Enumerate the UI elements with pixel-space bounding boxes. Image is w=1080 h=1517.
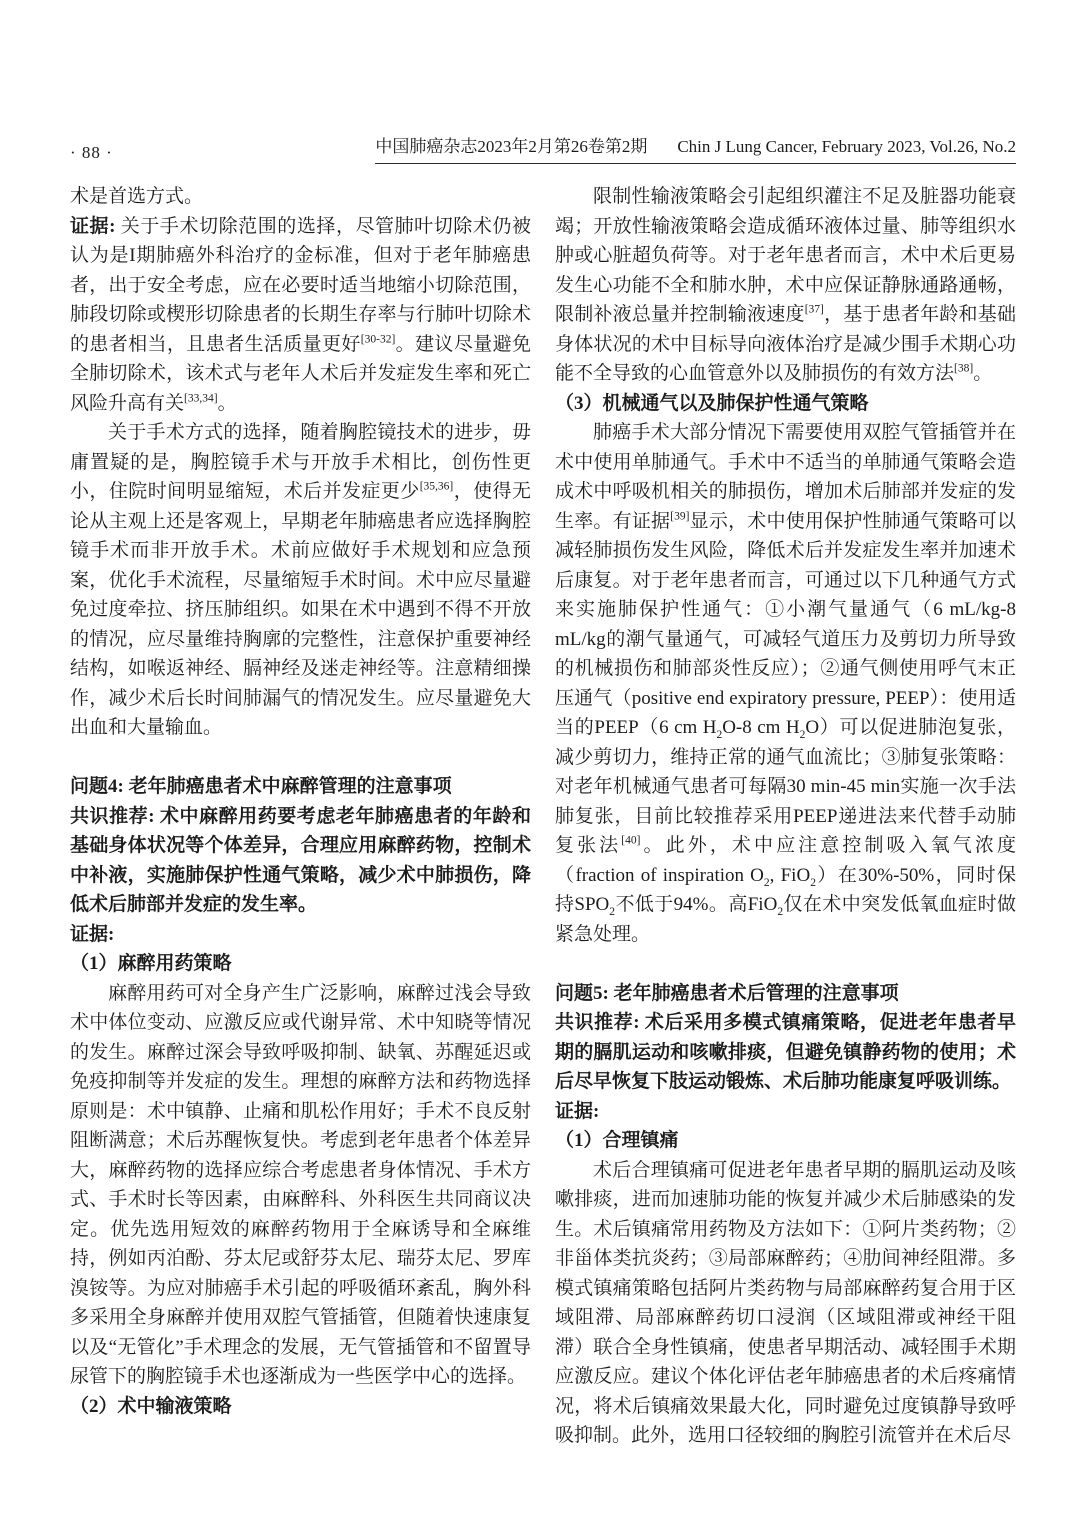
- question5-consensus-recommendation: 共识推荐: 术后采用多模式镇痛策略，促进老年患者早期的膈肌运动和咳嗽排痰，但避免…: [555, 1008, 1016, 1097]
- question4-consensus-recommendation: 共识推荐: 术中麻醉用药要考虑老年肺癌患者的年龄和基础身体状况等个体差异，合理应…: [70, 802, 531, 920]
- two-column-body: 术是首选方式。证据: 关于手术切除范围的选择，尽管肺叶切除术仍被认为是I期肺癌外…: [70, 182, 1016, 1451]
- citation-reference: [39]: [670, 510, 689, 522]
- left-column: 术是首选方式。证据: 关于手术切除范围的选择，尽管肺叶切除术仍被认为是I期肺癌外…: [70, 182, 531, 1451]
- evidence-paragraph-surgical-extent: 证据: 关于手术切除范围的选择，尽管肺叶切除术仍被认为是I期肺癌外科治疗的金标准…: [70, 212, 531, 419]
- subsection-1-anesthesia-drug-strategy-heading: （1）麻醉用药策略: [70, 949, 531, 979]
- blank-line: [70, 743, 531, 773]
- journal-page: · 88 · 中国肺癌杂志2023年2月第26卷第2期 Chin J Lung …: [0, 0, 1080, 1517]
- body-paragraph-fluid-strategy: 限制性输液策略会引起组织灌注不足及脏器功能衰竭；开放性输液策略会造成循环液体过量…: [555, 182, 1016, 389]
- page-header: · 88 · 中国肺癌杂志2023年2月第26卷第2期 Chin J Lung …: [70, 136, 1016, 164]
- body-paragraph-analgesia: 术后合理镇痛可促进老年患者早期的膈肌运动及咳嗽排痰，进而加速肺功能的恢复并减少术…: [555, 1156, 1016, 1451]
- subsection-1-analgesia-heading: （1）合理镇痛: [555, 1126, 1016, 1156]
- right-column: 限制性输液策略会引起组织灌注不足及脏器功能衰竭；开放性输液策略会造成循环液体过量…: [555, 182, 1016, 1451]
- citation-reference: [30-32]: [361, 333, 396, 345]
- page-number: · 88 ·: [70, 142, 113, 164]
- question5-heading: 问题5: 老年肺癌患者术后管理的注意事项: [555, 979, 1016, 1009]
- body-paragraph-surgical-approach: 关于手术方式的选择，随着胸腔镜技术的进步，毋庸置疑的是，胸腔镜手术与开放手术相比…: [70, 418, 531, 743]
- blank-line: [555, 949, 1016, 979]
- subsection-3-ventilation-heading: （3）机械通气以及肺保护性通气策略: [555, 389, 1016, 419]
- citation-reference: [38]: [954, 363, 973, 375]
- body-paragraph-anesthesia-drugs: 麻醉用药可对全身产生广泛影响，麻醉过浅会导致术中体位变动、应激反应或代谢异常、术…: [70, 979, 531, 1392]
- journal-title-cn: 中国肺癌杂志2023年2月第26卷第2期: [375, 136, 647, 158]
- citation-reference: [37]: [805, 304, 824, 316]
- body-paragraph-ventilation: 肺癌手术大部分情况下需要使用双腔气管插管并在术中使用单肺通气。手术中不适当的单肺…: [555, 418, 1016, 949]
- evidence-label: 证据:: [555, 1097, 1016, 1127]
- evidence-label: 证据:: [70, 920, 531, 950]
- citation-reference: [35,36]: [420, 481, 454, 493]
- journal-running-title: 中国肺癌杂志2023年2月第26卷第2期 Chin J Lung Cancer,…: [375, 136, 1016, 164]
- citation-reference: [40]: [621, 835, 640, 847]
- subsection-2-fluid-strategy-heading: （2）术中输液策略: [70, 1392, 531, 1422]
- question4-heading: 问题4: 老年肺癌患者术中麻醉管理的注意事项: [70, 772, 531, 802]
- continuation-line: 术是首选方式。: [70, 182, 531, 212]
- citation-reference: [33,34]: [184, 392, 218, 404]
- journal-title-en: Chin J Lung Cancer, February 2023, Vol.2…: [677, 136, 1016, 158]
